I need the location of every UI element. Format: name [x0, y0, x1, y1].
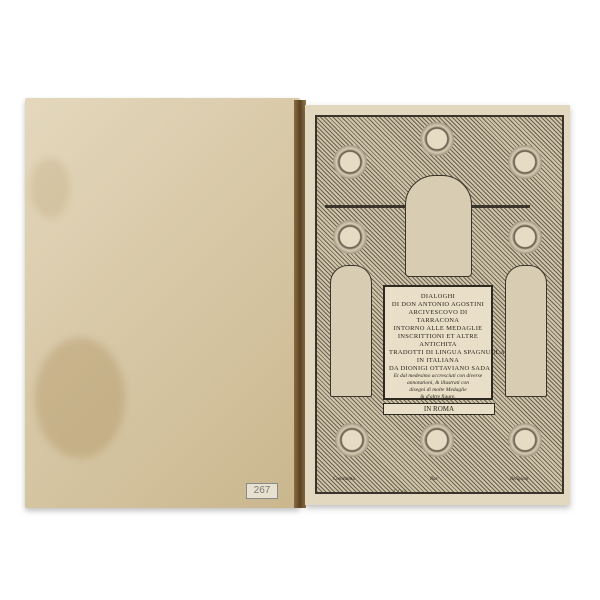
- medallion-icon: [508, 220, 542, 254]
- medallion-icon: [420, 122, 454, 156]
- subtitle-line: annotationi, & illustrati con: [389, 380, 487, 387]
- handwritten-signature: J. Cav. ... ...: [393, 490, 417, 495]
- left-endpaper: [25, 98, 300, 508]
- title-line: INSCRITTIONI ET ALTRE: [389, 333, 487, 341]
- base-label: Religioni: [510, 477, 528, 482]
- subtitle-line: Et dal medesimo accresciuti con diverse: [389, 373, 487, 380]
- medallion-icon: [333, 220, 367, 254]
- medallion-icon: [420, 423, 454, 457]
- title-cartouche: DIALOGHI DI DON ANTONIO AGOSTINI ARCIVES…: [383, 285, 493, 400]
- shelf-mark-label: 267: [246, 483, 278, 499]
- subtitle-line: & d'altre figure.: [389, 394, 487, 401]
- title-line: TARRACONA: [389, 317, 487, 325]
- water-stain: [35, 338, 125, 458]
- left-standing-figure: [330, 265, 372, 397]
- title-line: TRADOTTI DI LINGUA SPAGNUOLA: [389, 349, 487, 357]
- title-line: IN ITALIANA: [389, 357, 487, 365]
- medallion-icon: [333, 145, 367, 179]
- title-line: DI DON ANTONIO AGOSTINI: [389, 301, 487, 309]
- title-line: ARCIVESCOVO DI: [389, 309, 487, 317]
- medallion-icon: [335, 423, 369, 457]
- base-label: Pax: [430, 477, 438, 482]
- title-line: DA DIONIGI OTTAVIANO SADA: [389, 365, 487, 373]
- seated-minerva-figure: [405, 175, 472, 277]
- title-line: INTORNO ALLE MEDAGLIE: [389, 325, 487, 333]
- title-line: ANTICHITA: [389, 341, 487, 349]
- imprint-label: IN ROMA: [383, 403, 495, 415]
- right-standing-figure: [505, 265, 547, 397]
- medallion-icon: [508, 145, 542, 179]
- foxing-stain: [30, 158, 70, 218]
- title-line: DIALOGHI: [389, 293, 487, 301]
- base-label: Constantia: [333, 477, 355, 482]
- book-photo: 267 DIALOGHI DI DON ANTONIO AGOSTINI ARC…: [0, 0, 600, 600]
- subtitle-line: disegni di molte Medaglie: [389, 387, 487, 394]
- title-page: DIALOGHI DI DON ANTONIO AGOSTINI ARCIVES…: [305, 105, 570, 505]
- medallion-icon: [508, 423, 542, 457]
